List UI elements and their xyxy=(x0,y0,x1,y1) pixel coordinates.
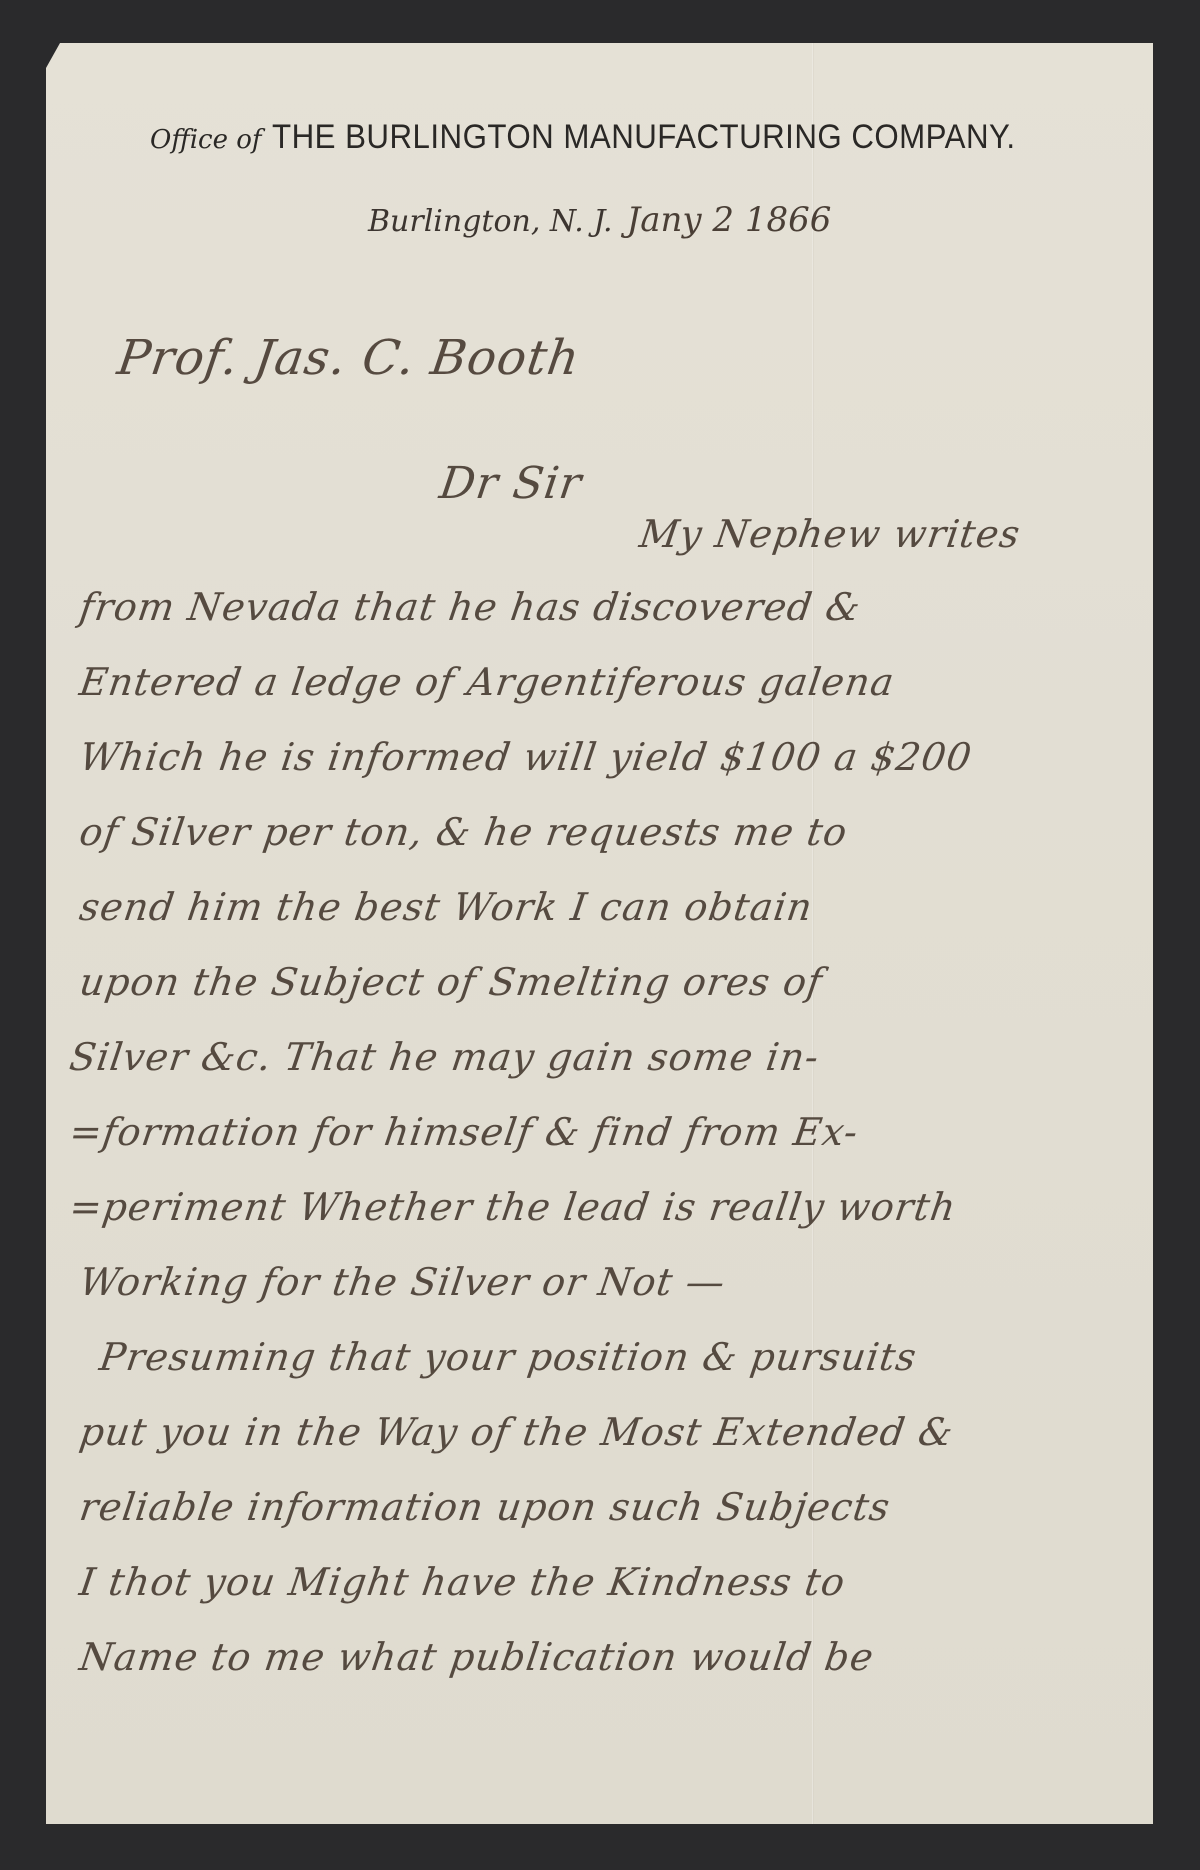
body-line: reliable information upon such Subjects xyxy=(77,1485,893,1529)
body-line: Working for the Silver or Not — xyxy=(77,1260,728,1304)
body-line: Silver &c. That he may gain some in- xyxy=(67,1035,822,1079)
body-line: Entered a ledge of Argentiferous galena xyxy=(77,660,898,704)
dateline: Burlington, N. J. Jany 2 1866 xyxy=(368,200,831,240)
body-line: =formation for himself & find from Ex- xyxy=(67,1110,861,1154)
body-line: of Silver per ton, & he requests me to xyxy=(77,810,851,854)
body-line: Presuming that your position & pursuits xyxy=(97,1335,920,1379)
body-line: send him the best Work I can obtain xyxy=(77,885,816,929)
body-line: =periment Whether the lead is really wor… xyxy=(67,1185,959,1229)
salutation: Dr Sir xyxy=(436,458,585,509)
body-line: Name to me what publication would be xyxy=(77,1635,877,1679)
body-line: put you in the Way of the Most Extended … xyxy=(77,1410,957,1454)
letterhead: Office of THE BURLINGTON MANUFACTURING C… xyxy=(150,118,1110,157)
addressee: Prof. Jas. C. Booth xyxy=(114,330,583,386)
letterhead-prefix: Office of xyxy=(150,125,262,155)
body-line: from Nevada that he has discovered & xyxy=(77,585,864,629)
body-line: upon the Subject of Smelting ores of xyxy=(77,960,826,1004)
fold-crease xyxy=(812,43,814,1824)
body-line: Which he is informed will yield $100 a $… xyxy=(77,735,975,779)
body-line: My Nephew writes xyxy=(637,512,1023,556)
dateline-place: Burlington, N. J. xyxy=(368,204,613,239)
dateline-date: Jany 2 1866 xyxy=(627,200,832,240)
letter-page xyxy=(46,43,1153,1824)
body-line: I thot you Might have the Kindness to xyxy=(77,1560,848,1604)
letterhead-company: THE BURLINGTON MANUFACTURING COMPANY. xyxy=(272,118,1015,157)
